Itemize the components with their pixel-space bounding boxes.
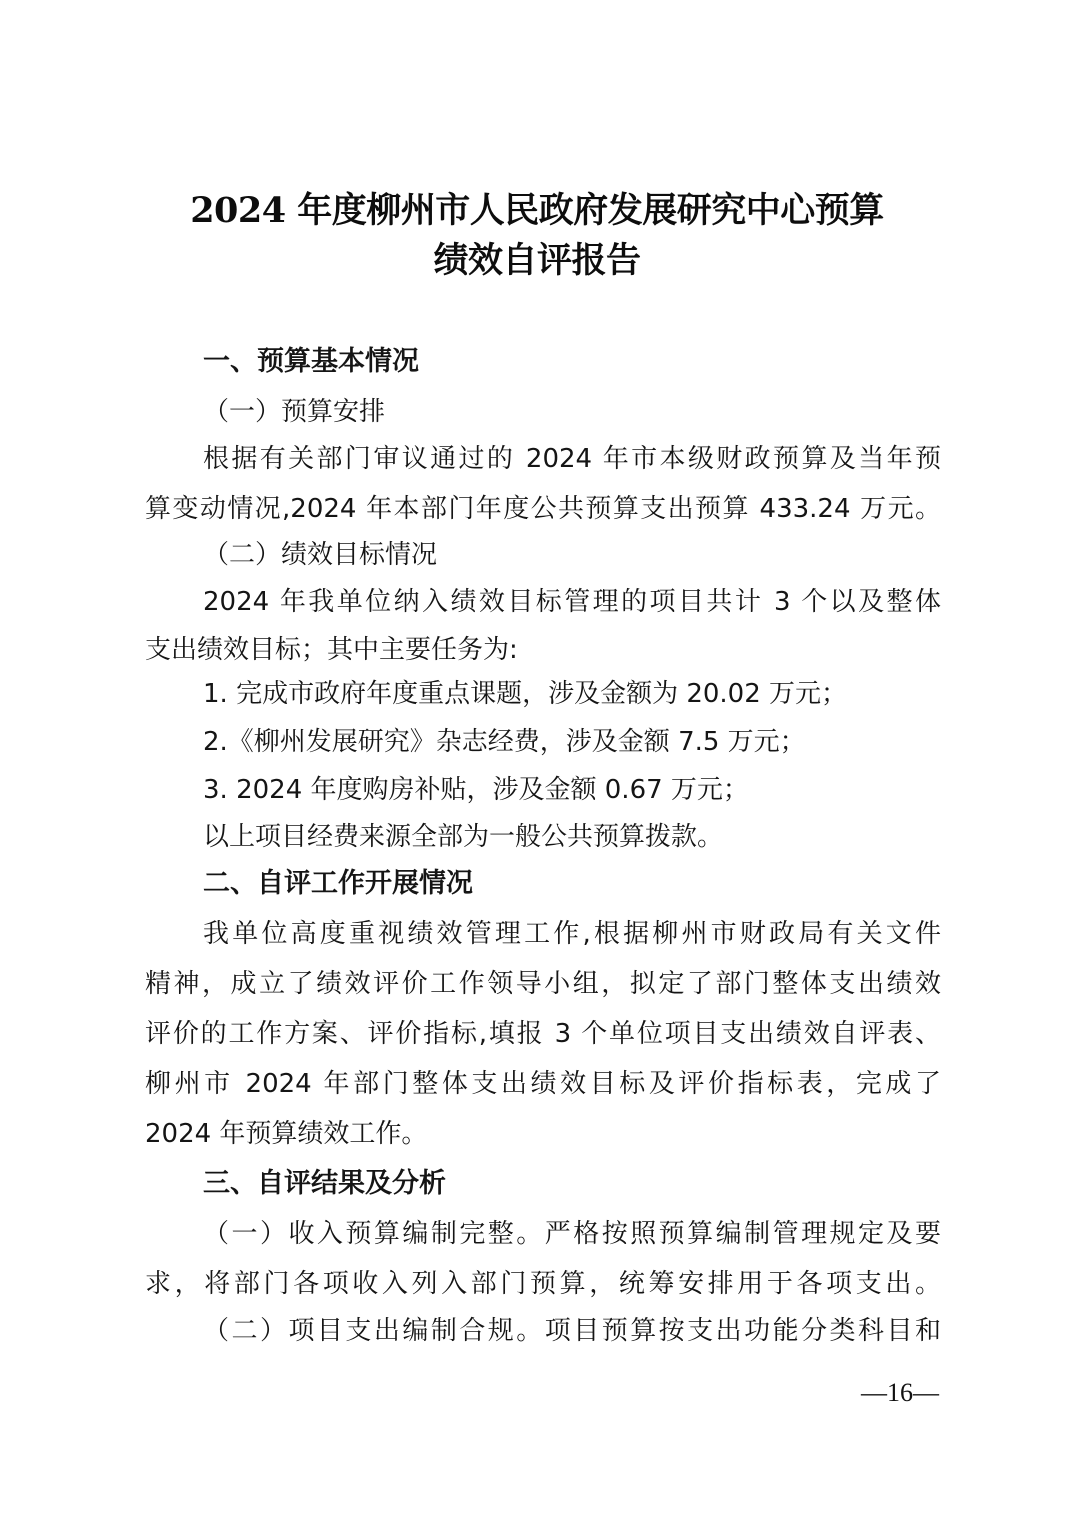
document-page: 2024 年度柳州市人民政府发展研究中心预算 绩效自评报告 一、预算基本情况（一… [0,0,1074,1520]
report-title-line-1: 2024 年度柳州市人民政府发展研究中心预算 [100,184,974,238]
body-text-line: 我单位高度重视绩效管理工作,根据柳州市财政局有关文件 [203,917,941,951]
body-text-line: 2.《柳州发展研究》杂志经费，涉及金额 7.5 万元； [203,725,941,759]
body-text-line: 柳州市 2024 年部门整体支出绩效目标及评价指标表，完成了 [145,1067,941,1101]
report-title-line-2: 绩效自评报告 [100,234,974,288]
body-text-line: （一）预算安排 [203,395,941,429]
section-heading: 二、自评工作开展情况 [203,867,941,901]
body-text-line: （二）绩效目标情况 [203,538,941,572]
body-text-line: （二）项目支出编制合规。项目预算按支出功能分类科目和 [203,1314,941,1348]
body-text-line: 根据有关部门审议通过的 2024 年市本级财政预算及当年预 [203,442,941,476]
body-text-line: 2024 年我单位纳入绩效目标管理的项目共计 3 个以及整体 [203,585,941,619]
body-text-line: 求，将部门各项收入列入部门预算，统筹安排用于各项支出。 [145,1267,941,1301]
body-text-line: 精神，成立了绩效评价工作领导小组，拟定了部门整体支出绩效 [145,967,941,1001]
body-text-line: （一）收入预算编制完整。严格按照预算编制管理规定及要 [203,1217,941,1251]
body-text-line: 算变动情况,2024 年本部门年度公共预算支出预算 433.24 万元。 [145,492,941,526]
section-heading: 三、自评结果及分析 [203,1167,941,1201]
body-text-line: 2024 年预算绩效工作。 [145,1117,941,1151]
body-text-line: 1. 完成市政府年度重点课题，涉及金额为 20.02 万元； [203,677,941,711]
body-text-line: 评价的工作方案、评价指标,填报 3 个单位项目支出绩效自评表、 [145,1017,941,1051]
page-number: —16— [850,1378,950,1408]
body-text-line: 3. 2024 年度购房补贴，涉及金额 0.67 万元； [203,773,941,807]
section-heading: 一、预算基本情况 [203,345,941,379]
body-text-line: 以上项目经费来源全部为一般公共预算拨款。 [203,820,941,854]
body-text-line: 支出绩效目标；其中主要任务为: [145,633,941,667]
